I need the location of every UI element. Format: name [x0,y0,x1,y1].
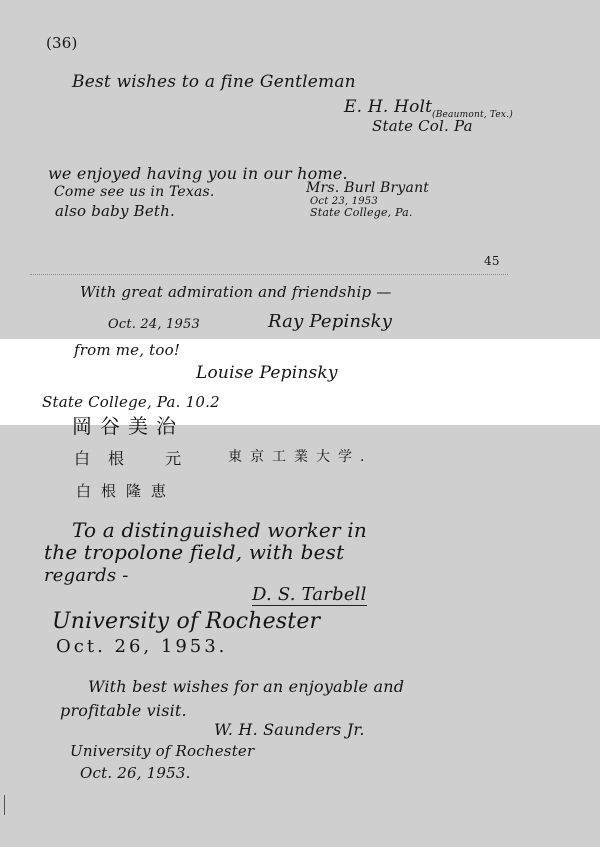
entry-affiliation: University of Rochester [70,742,254,760]
entry-line: With best wishes for an enjoyable and [88,677,404,696]
entry-location: State College, Pa. [310,206,413,219]
entry-name: 白根 元 [74,446,199,469]
entry-line: the tropolone field, with best [44,540,344,564]
entry-signature: W. H. Saunders Jr. [214,720,365,739]
entry-date: Oct. 24, 1953 [108,317,200,332]
margin-mark [4,795,5,815]
page-number: (36) [46,34,78,52]
entry-line: To a distinguished worker in [72,518,367,542]
entry-line: Come see us in Texas. [54,184,215,200]
entry-signature: D. S. Tarbell [252,584,367,606]
entry-message: Best wishes to a fine Gentleman [72,72,356,92]
entry-name: 岡谷美治 [72,410,184,439]
page-mark: 45 [484,254,500,268]
entry-line: we enjoyed having you in our home. [48,164,348,183]
entry-affiliation: 東京工業大学. [228,446,372,466]
entry-signature: E. H. Holt [344,97,432,117]
guestbook-page: (36) Best wishes to a fine Gentleman E. … [0,0,600,847]
entry-line: regards - [44,565,128,586]
entry-name: 白根隆恵 [76,480,176,501]
entry-location: State College, Pa. 10.2 [42,393,220,411]
entry-line: profitable visit. [60,701,187,720]
entry-signature: Ray Pepinsky [268,311,392,332]
entry-location: State Col. Pa [372,117,473,135]
separator-line [30,274,508,275]
entry-signature: Louise Pepinsky [196,363,338,383]
entry-signature: Mrs. Burl Bryant [306,180,429,196]
entry-affiliation: University of Rochester [52,609,320,634]
entry-message: from me, too! [74,341,180,359]
entry-date: Oct. 26, 1953. [80,764,191,782]
entry-line: also baby Beth. [55,202,175,220]
entry-message: With great admiration and friendship — [80,283,392,301]
entry-date: Oct. 26, 1953. [56,636,227,657]
